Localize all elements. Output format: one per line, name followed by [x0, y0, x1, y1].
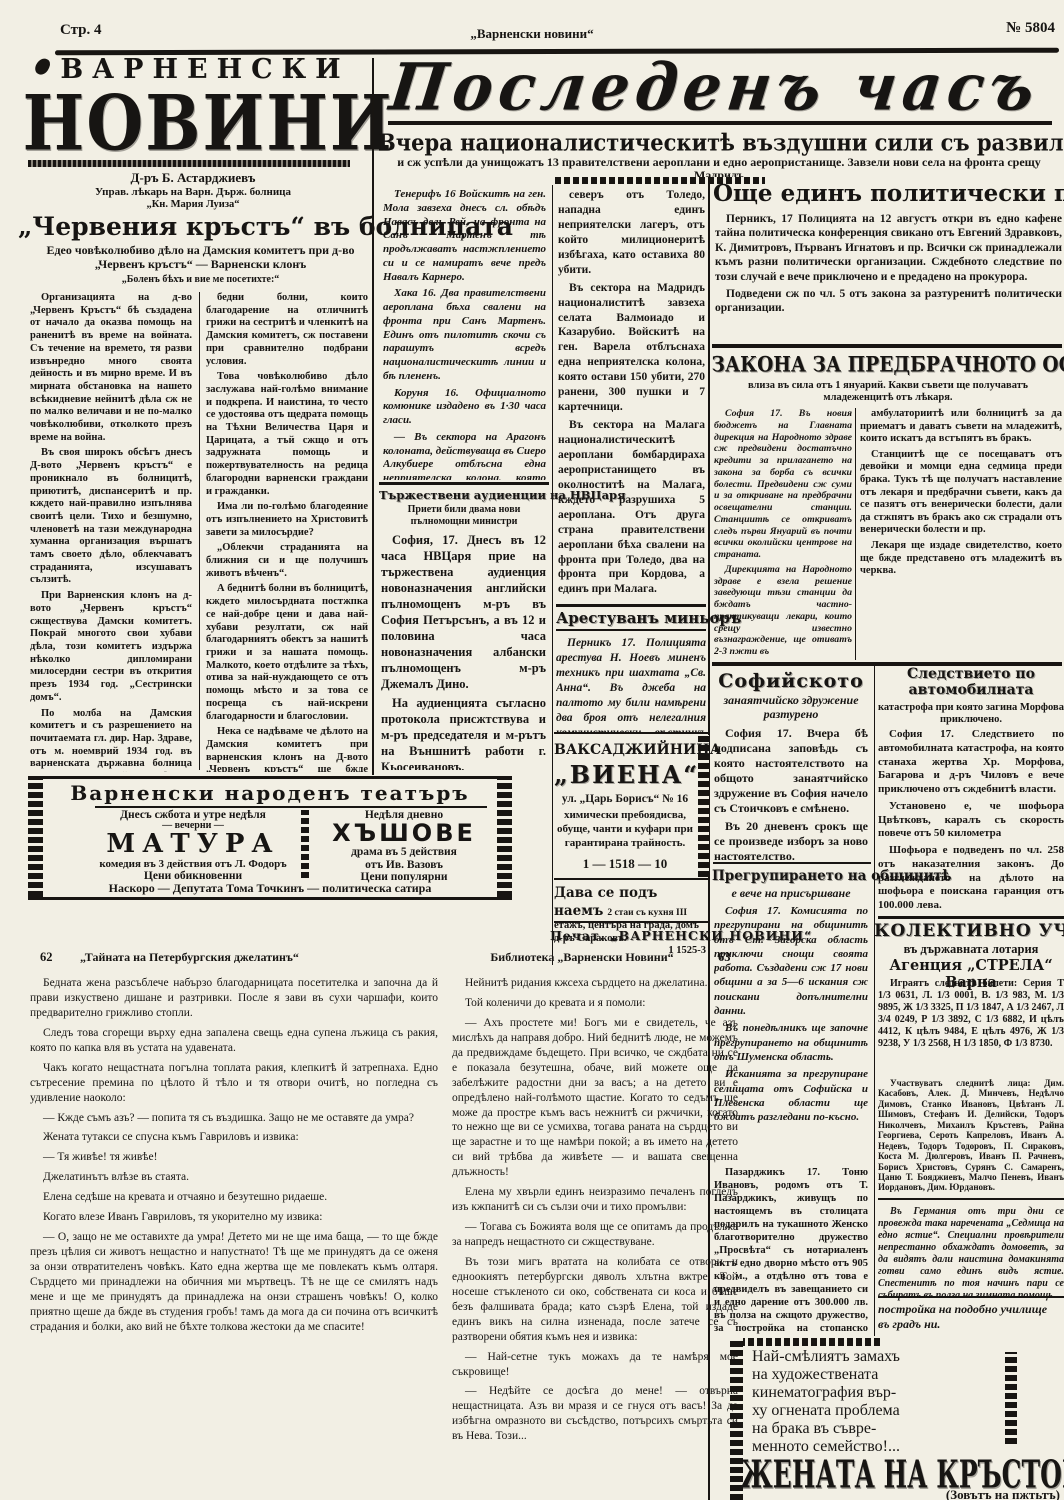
paragraph: Въ сектора на Мадридъ националиститѣ зав…: [558, 281, 705, 415]
regroup-subhead: е вече на присършване: [714, 886, 868, 901]
guild-headline: Софийското: [714, 670, 868, 692]
paragraph: Бедната жена разсъблече набързо благодар…: [30, 976, 438, 1021]
theater-left-cell: Днесъ сжбота и утре недѣля — вечерни — М…: [95, 809, 291, 882]
theater-right-desc: драма въ 5 действия: [318, 846, 490, 859]
column-divider: [199, 292, 200, 770]
lottery-line2: въ държавната лотария: [878, 942, 1064, 957]
movie-ad-line: кинематография вър-: [752, 1384, 997, 1402]
regroup-headline: Прегрупирането на общинитѣ: [712, 868, 870, 884]
zone-divider-war: [552, 185, 553, 965]
crash-headline: Следствието по автомобилната: [878, 666, 1064, 698]
section-rule: [712, 344, 1062, 348]
paragraph: амбулаториитѣ или болницитѣ за да приема…: [860, 408, 1062, 446]
paragraph: Станциитѣ ще се посещаватъ отъ девойки и…: [860, 449, 1062, 537]
item-rule: [878, 1198, 1064, 1200]
movie-ad-line: Най-смѣлиятъ замахъ: [752, 1348, 997, 1366]
theater-right-cell: Недѣля дневно ХЪШОВЕ драма въ 5 действия…: [318, 809, 490, 884]
theater-border-top: [28, 776, 512, 779]
masthead-doctor: Д-ръ Б. Астарджиевъ: [28, 170, 358, 186]
masthead-line2: НОВИНИ: [23, 80, 364, 169]
rent-ad-detail: 2 стаи съ кухня III: [607, 908, 687, 918]
war-column-1: Тенерифъ 16 Войскитѣ на ген. Мола завзех…: [383, 188, 546, 480]
red-cross-motto: „Боленъ бѣхъ и вие ме посетихте:“: [28, 274, 373, 285]
novel-right-column: Нейнитѣ ридания кжсеха сърдцето на джела…: [452, 976, 738, 1500]
viena-ad-name: „ВИЕНА“: [554, 760, 696, 789]
audience-headline: Тържествени аудиенции на НВЦаря: [379, 482, 549, 502]
theater-border-bottom: [28, 897, 512, 900]
movie-ad-subtitle: (Зовътъ на пжтьтъ): [890, 1487, 1060, 1500]
guild-body: София 17. Вчера бѣ подписана заповѣдь съ…: [714, 726, 868, 860]
law-headline: ЗАКОНА ЗА ПРЕДБРАЧНОТО ОСВИДЕТЕЛСТВУВАНЕ: [712, 352, 1061, 377]
paragraph: Шофьора е подведенъ по чл. 258 отъ наказ…: [878, 844, 1064, 913]
column-divider: [855, 408, 856, 660]
paragraph: София, 17. Днесъ въ 12 часа НВЦаря прие …: [381, 532, 546, 692]
paragraph: — Тя живѣе! тя живѣе!: [30, 1150, 438, 1165]
column-divider-long: [874, 666, 875, 1336]
audience-body: София, 17. Днесъ въ 12 часа НВЦаря прие …: [381, 532, 546, 770]
process-body: Перникъ, 17 Полицията на 12 августъ откр…: [715, 212, 1062, 340]
paragraph: София 17. Следствието по автомобилната к…: [878, 728, 1064, 797]
viena-ad-address: ул. „Царь Борисъ“ № 16: [554, 793, 696, 805]
ad-rule: [554, 878, 710, 880]
paragraph: Перникъ 17. Полицията арестува Н. Ноевъ …: [556, 636, 706, 732]
issue-number: № 5804: [960, 20, 1055, 37]
law-subhead: влиза въ сила отъ 1 януарий. Какви съвет…: [712, 380, 1064, 404]
item-rule: [878, 1296, 1064, 1298]
theater-right-author: отъ Ив. Вазовъ: [318, 859, 490, 872]
movie-ad-lines: Най-смѣлиятъ замахъна художественатакине…: [752, 1348, 997, 1454]
paragraph: Въ този мигъ вратата на колибата се отво…: [452, 1255, 738, 1345]
paragraph: Подведени сж по чл. 5 отъ закона за разт…: [715, 287, 1062, 316]
paragraph: Това човѣколюбиво дѣло заслужава най-гол…: [206, 371, 368, 498]
movie-ad-line: на художествената: [752, 1366, 997, 1384]
paragraph: Организацията на д-во „Червенъ Кръстъ“ б…: [30, 292, 192, 444]
novel-right-page-number: 63: [718, 950, 742, 965]
novel-right-title: Библиотека „Варненски Новини“: [462, 950, 702, 965]
paragraph: По молба на Дамския комитетъ и съ разреш…: [30, 708, 192, 773]
masthead-hospital: „Кн. Мария Луиза“: [28, 199, 358, 210]
paragraph: „Облекчи страданията на ближния си и ще …: [206, 542, 368, 580]
paragraph: Перникъ, 17 Полицията на 12 августъ откр…: [715, 212, 1062, 284]
paragraph: Хака 16. Два правителствени аероплана бѣ…: [383, 287, 546, 383]
lottery-tickets: Играятъ следнитѣ билети: Серия Т 1/3 063…: [878, 978, 1064, 1050]
red-cross-column-1: Организацията на д-во „Червенъ Кръстъ“ б…: [30, 292, 192, 772]
theater-border-left: [28, 779, 43, 897]
ad-rule: [554, 921, 710, 923]
banner-script-title: Последенъ часъ: [386, 50, 1055, 126]
paragraph: — Недѣйте се досѣга до мене! — отвърна н…: [452, 1384, 738, 1444]
law-column-1: София 17. Въ новия бюджетъ на Главната д…: [714, 408, 852, 660]
paragraph: Нека се надѣваме че дѣлото на Дамския ко…: [206, 726, 368, 772]
theater-left-play: МАТУРА: [95, 831, 291, 858]
item-rule: [878, 916, 1064, 919]
viena-ad-body: химически пребоядисва, обуще, чанти и ку…: [557, 809, 693, 850]
paragraph: Коруня 16. Официалното комюнике издадено…: [383, 387, 546, 428]
paragraph: Установено е, че шофьора Цвѣтковъ, карал…: [878, 800, 1064, 841]
paragraph: — Ахъ простете ми! Богъ ми е свидетель, …: [452, 1016, 738, 1180]
movie-ad-top-rule: [730, 1338, 880, 1346]
process-headline: Още единъ политически процесъ: [713, 180, 1062, 207]
miner-body: Перникъ 17. Полицията арестува Н. Ноевъ …: [556, 636, 706, 732]
newspaper-page: Стр. 4 „Варненски новини“ № 5804 ВАРНЕНС…: [0, 0, 1064, 1500]
paragraph: Въ сектора на Малага националистическитѣ…: [558, 418, 705, 597]
movie-ad-right-border: [1005, 1352, 1017, 1444]
guild-subhead: занаятчийско здружение разтурено: [714, 694, 868, 722]
donation-continuation: постройка на подобно училище въ градъ ни…: [878, 1302, 1058, 1332]
item-rule: [713, 862, 871, 864]
crash-body: София 17. Следствието по автомобилната к…: [878, 728, 1064, 914]
zone-divider-left: [372, 58, 374, 775]
paragraph: Дирекцията на Народното здраве е взела р…: [714, 564, 852, 658]
movie-ad-line: ху огнената проблема: [752, 1402, 997, 1420]
theater-inner-rule: [95, 806, 487, 808]
paragraph: Нейнитѣ ридания кжсеха сърдцето на джела…: [452, 976, 738, 991]
lottery-people: Участвуватъ следнитѣ лица: Дим. Касабовъ…: [878, 1078, 1064, 1193]
movie-ad-line: на брака въ съвре-: [752, 1420, 997, 1438]
germany-item: Въ Германия отъ три дни се провежда така…: [878, 1206, 1064, 1302]
paragraph: А беднитѣ болни въ болницитѣ, кждето мил…: [206, 583, 368, 723]
paragraph: Чакъ когато нещастната погълна топлата р…: [30, 1061, 438, 1106]
paragraph: Следъ това сгорещи върху една запалена с…: [30, 1026, 438, 1056]
ink-ornament: [33, 56, 52, 77]
paragraph: — Кжде съмъ азъ? — попита тя съ въздишка…: [30, 1111, 438, 1126]
paragraph: София 17. Вчера бѣ подписана заповѣдь съ…: [714, 726, 868, 816]
masthead-rule: [28, 160, 350, 167]
paragraph: Елена му хвърли единъ неизразимо печален…: [452, 1185, 738, 1215]
imprint-line: Печат. „ВАРНЕНСКИ НОВИНИ“: [550, 928, 710, 943]
newspaper-name-center: „Варненски новини“: [400, 26, 664, 42]
novel-left-page-number: 62: [40, 950, 70, 965]
theater-coming-soon: Наскоро — Депутата Тома Точкинъ — полити…: [60, 881, 480, 896]
crash-subhead: катастрофа при която загина Морфова прик…: [878, 702, 1064, 726]
banner-headline: Вчера националистическитѣ въздушни сили …: [378, 128, 1060, 156]
paragraph: — О, защо не ме оставихте да умра! Детет…: [30, 1230, 438, 1335]
lottery-title: КОЛЕКТИВНО УЧАСТИЕ: [874, 921, 1064, 941]
paragraph: На аудиенцията съгласно протокола присжт…: [381, 695, 546, 770]
theater-left-desc: комедия въ 3 действия отъ Л. Фодоръ: [95, 858, 291, 870]
paragraph: Жената тутакси се спусна къмъ Гавриловъ …: [30, 1130, 438, 1145]
paragraph: Той коленичи до кревата и я помоли:: [452, 996, 738, 1011]
miner-headline: Арестуванъ миньоръ: [556, 604, 706, 631]
red-cross-column-2: бедни болни, които благодарение на отлич…: [206, 292, 368, 772]
theater-title: Варненски народенъ театъръ: [60, 781, 480, 805]
paragraph: При Варненския клонъ на д-вото „Червенъ …: [30, 590, 192, 704]
masthead-doctor-role: Управ. лѣкарь на Варн. Държ. болница: [28, 186, 358, 198]
paragraph: Въ своя широкъ обсѣгъ днесъ Д-вото „Черв…: [30, 447, 192, 587]
paragraph: — Тогава съ Божията воля ще се опитамъ д…: [452, 1220, 738, 1250]
novel-left-column: Бедната жена разсъблече набързо благодар…: [30, 976, 438, 1500]
paragraph: — Най-сетне тукъ можахъ да те намѣря мое…: [452, 1350, 738, 1380]
novel-left-title: „Тайната на Петербургския джелатинъ“: [80, 950, 410, 965]
paragraph: бедни болни, които благодарение на отлич…: [206, 292, 368, 368]
paragraph: северъ отъ Толедо, нападна единъ неприят…: [558, 188, 705, 278]
paragraph: Елена седѣше на кревата и отчаяно и безу…: [30, 1190, 438, 1205]
paragraph: — Въ сектора на Арагонъ колоната, действ…: [383, 431, 546, 480]
ad-rule-top: [554, 732, 710, 734]
paragraph: Въ 20 дневенъ срокъ ще се произведе избо…: [714, 819, 868, 860]
red-cross-headline: „Червения кръстъ“ въ болницата: [18, 212, 378, 241]
theater-border-right: [497, 779, 512, 897]
theater-right-play: ХЪШОВЕ: [318, 821, 490, 846]
paragraph: Джелатинътъ влѣзе въ стаята.: [30, 1170, 438, 1185]
paragraph: Лекаря ще издаде свидетелство, което ще …: [860, 540, 1062, 578]
war-column-2: северъ отъ Толедо, нападна единъ неприят…: [558, 188, 705, 600]
red-cross-subhead: Едео човѣколюбиво дѣло на Дамския комите…: [28, 244, 373, 272]
viena-ad-code: 1 — 1518 — 10: [554, 856, 696, 872]
viena-ad-kicker: ВАКСАДЖИЙНИЦА: [554, 742, 696, 758]
paragraph: Тенерифъ 16 Войскитѣ на ген. Мола завзех…: [383, 188, 546, 284]
page-number-label: Стр. 4: [60, 22, 150, 39]
law-column-2: амбулаториитѣ или болницитѣ за да приема…: [860, 408, 1062, 660]
paragraph: Когато влезе Иванъ Гавриловъ, тя укорите…: [30, 1210, 438, 1225]
audience-subhead: Приети били двама нови пълномощни минист…: [381, 504, 547, 527]
paragraph: София 17. Въ новия бюджетъ на Главната д…: [714, 408, 852, 561]
paragraph: Има ли по-голѣмо благодеяние отъ изпълне…: [206, 501, 368, 539]
banner-underline: [388, 121, 1052, 125]
theater-inner-divider: [301, 810, 309, 878]
